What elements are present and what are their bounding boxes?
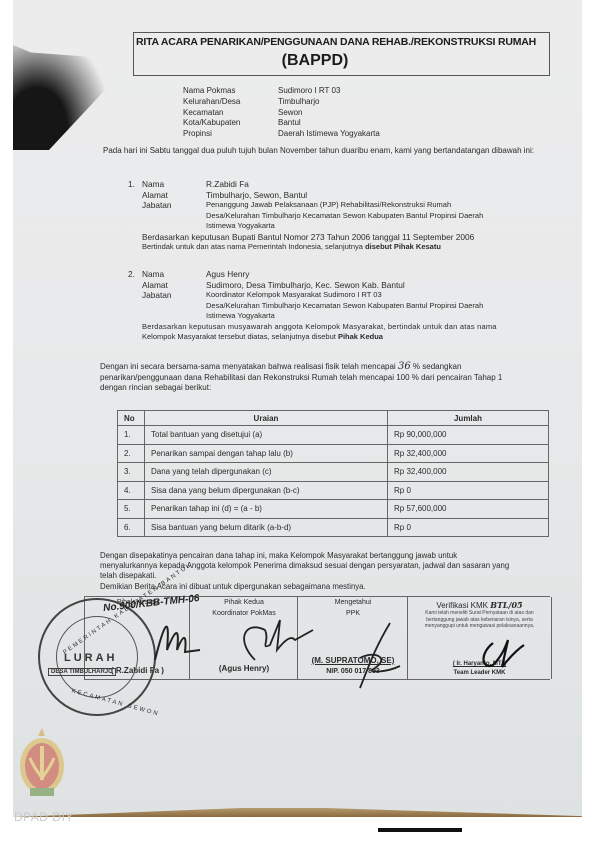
statement-paragraph: Dengan ini secara bersama-sama menyataka… (100, 362, 560, 394)
table-header-row: No Uraian Jumlah (118, 411, 549, 426)
physical-progress-handwritten: 36 (398, 361, 411, 372)
scrollbar-indicator (378, 828, 462, 832)
cell-no: 1. (118, 426, 145, 445)
document-title-abbrev: (BAPPD) (0, 52, 595, 70)
opening-paragraph: Pada hari ini Sabtu tanggal dua puluh tu… (103, 146, 558, 157)
signature-stroke-ppk (355, 618, 405, 693)
info-row: KecamatanSewon (183, 108, 380, 119)
cell-no: 6. (118, 518, 145, 537)
cell-no: 5. (118, 500, 145, 519)
cell-no: 2. (118, 444, 145, 463)
cell-uraian: Total bantuan yang disetujui (a) (145, 426, 388, 445)
table-row: 1.Total bantuan yang disetujui (a)Rp 90,… (118, 426, 549, 445)
document-title: RITA ACARA PENARIKAN/PENGGUNAAN DANA REH… (136, 36, 536, 48)
pokmas-info: Nama PokmasSudimoro I RT 03 Kelurahan/De… (183, 86, 380, 140)
party-1: 1.NamaR.Zabidi Fa AlamatTimbulharjo, Sew… (128, 179, 566, 253)
table-row: 6.Sisa bantuan yang belum ditarik (a-b-d… (118, 518, 549, 537)
cell-jumlah: Rp 90,000,000 (388, 426, 549, 445)
table-row: 4.Sisa dana yang belum dipergunakan (b-c… (118, 481, 549, 500)
cell-uraian: Penarikan tahap ini (d) = (a - b) (145, 500, 388, 519)
cell-jumlah: Rp 0 (388, 481, 549, 500)
info-row: PropinsiDaerah Istimewa Yogyakarta (183, 129, 380, 140)
table-row: 2.Penarikan sampai dengan tahap lalu (b)… (118, 444, 549, 463)
watermark-text: DPAD DIY (14, 810, 74, 824)
party-2-name: Agus Henry (206, 269, 506, 280)
info-row: Kota/KabupatenBantul (183, 118, 380, 129)
signature-stroke-kmk (478, 635, 528, 675)
info-row: Nama PokmasSudimoro I RT 03 (183, 86, 380, 97)
cell-jumlah: Rp 57,600,000 (388, 500, 549, 519)
signature-stroke-pihak-kesatu (145, 610, 205, 670)
party-2: 2.NamaAgus Henry AlamatSudimoro, Desa Ti… (128, 269, 566, 343)
signature-stroke-pihak-kedua (225, 610, 315, 670)
cell-uraian: Sisa bantuan yang belum ditarik (a-b-d) (145, 518, 388, 537)
stamp-lurah-text: LURAH (64, 652, 118, 664)
party-1-name: R.Zabidi Fa (206, 179, 506, 190)
cell-uraian: Dana yang telah dipergunakan (c) (145, 463, 388, 482)
closing-paragraph: Dengan disepakatinya pencairan dana taha… (100, 551, 560, 592)
cell-uraian: Sisa dana yang belum dipergunakan (b-c) (145, 481, 388, 500)
cell-jumlah: Rp 0 (388, 518, 549, 537)
cell-no: 4. (118, 481, 145, 500)
rincian-table: No Uraian Jumlah 1.Total bantuan yang di… (117, 410, 549, 537)
cell-no: 3. (118, 463, 145, 482)
info-row: Kelurahan/DesaTimbulharjo (183, 97, 380, 108)
table-row: 5.Penarikan tahap ini (d) = (a - b)Rp 57… (118, 500, 549, 519)
cell-uraian: Penarikan sampai dengan tahap lalu (b) (145, 444, 388, 463)
dpad-emblem-icon (16, 728, 68, 800)
cell-jumlah: Rp 32,400,000 (388, 463, 549, 482)
table-row: 3.Dana yang telah dipergunakan (c)Rp 32,… (118, 463, 549, 482)
cell-jumlah: Rp 32,400,000 (388, 444, 549, 463)
